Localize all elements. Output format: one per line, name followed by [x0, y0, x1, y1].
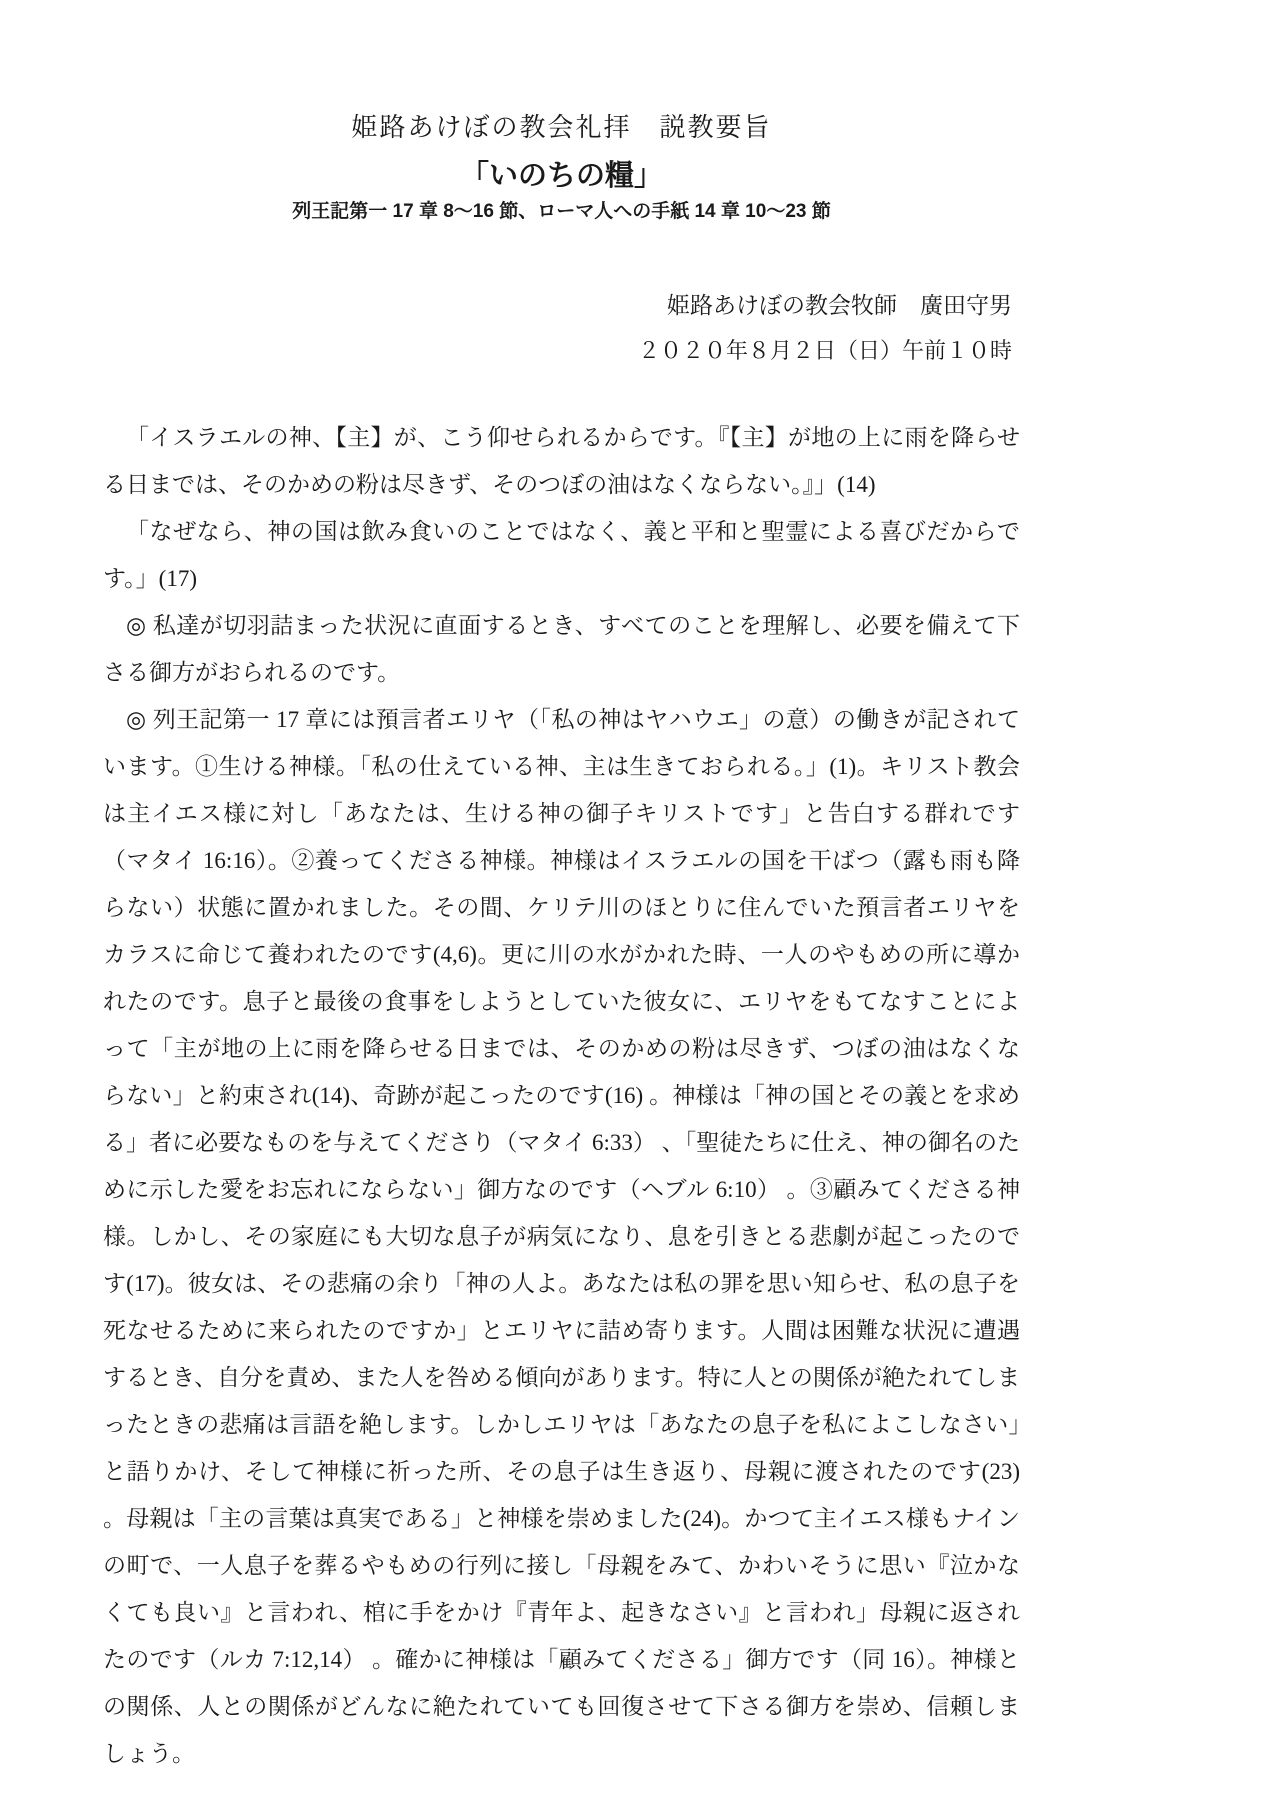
author-line: 姫路あけぼの教会牧師 廣田守男 — [103, 290, 1020, 322]
document-title: 姫路あけぼの教会礼拝 説教要旨 — [103, 110, 1020, 146]
body-paragraph: 「なぜなら、神の国は飲み食いのことではなく、義と平和と聖霊による喜びだからです。… — [103, 508, 1020, 602]
document-page: 姫路あけぼの教会礼拝 説教要旨 「いのちの糧」 列王記第一 17 章 8～16 … — [0, 0, 1280, 1810]
body-paragraph: 「イスラエルの神、【主】が、こう仰せられるからです。『【主】が地の上に雨を降らせ… — [103, 414, 1020, 508]
sermon-body: 「イスラエルの神、【主】が、こう仰せられるからです。『【主】が地の上に雨を降らせ… — [103, 414, 1020, 1777]
sermon-title: 「いのちの糧」 — [103, 156, 1020, 196]
document-content: 姫路あけぼの教会礼拝 説教要旨 「いのちの糧」 列王記第一 17 章 8～16 … — [103, 0, 1020, 1777]
body-paragraph: ◎ 私達が切羽詰まった状況に直面するとき、すべてのことを理解し、必要を備えて下さ… — [103, 602, 1020, 696]
date-line: ２０２０年８月２日（日）午前１０時 — [103, 336, 1020, 366]
scripture-reference: 列王記第一 17 章 8～16 節、ローマ人への手紙 14 章 10～23 節 — [103, 198, 1020, 226]
body-paragraph: ◎ 列王記第一 17 章には預言者エリヤ（「私の神はヤハウエ」の意）の働きが記さ… — [103, 696, 1020, 1777]
